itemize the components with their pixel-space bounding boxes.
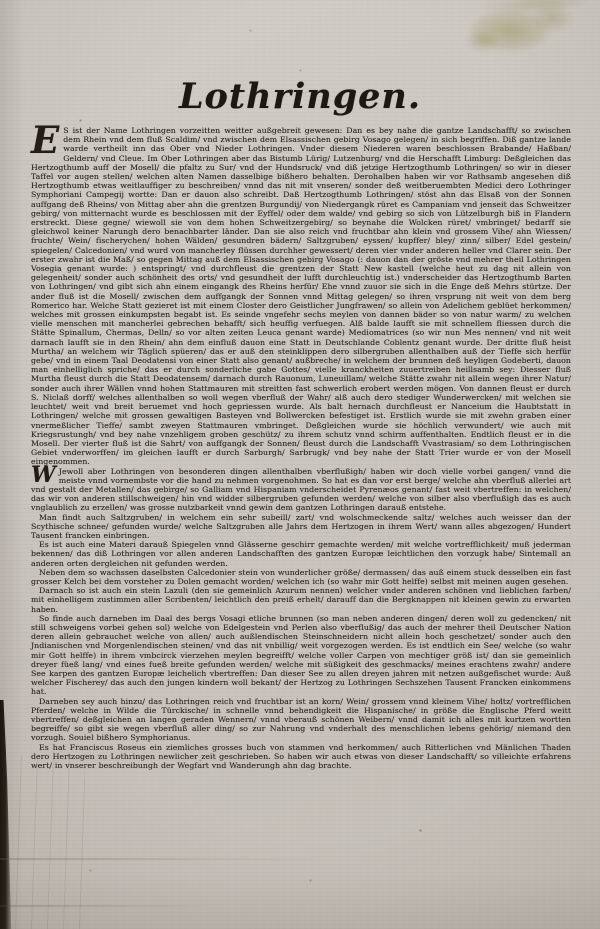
paragraph: Man findt auch Saltzgruben/ in welchem e… <box>31 513 571 541</box>
paragraph: ES ist der Name Lothringen vorzeitten we… <box>31 126 571 467</box>
stain-top-edge <box>505 0 600 18</box>
foxing-speckles <box>0 0 1 1</box>
paragraph-text: So finde auch darneben im Daal des bergs… <box>31 614 571 697</box>
paragraph-text: Neben dem so wachssen daselbsten Calcedo… <box>31 568 571 586</box>
paragraph: So finde auch darneben im Daal des bergs… <box>31 614 571 697</box>
paragraph: Neben dem so wachssen daselbsten Calcedo… <box>31 568 571 586</box>
book-edge-shadow <box>0 700 16 929</box>
paragraph: Es hat Franciscus Roseus ein ziemliches … <box>31 743 571 771</box>
paragraph: Darnach so ist auch ein stein Lazuli (de… <box>31 586 571 614</box>
paragraph-text: S ist der Name Lothringen vorzeitten wei… <box>31 126 571 466</box>
paragraph: Es ist auch eine Materi darauß Spiegelen… <box>31 540 571 568</box>
paragraph-text: Darnach so ist auch ein stein Lazuli (de… <box>31 586 571 613</box>
paragraph: Darneben sey auch hinzu/ das Lothringen … <box>31 697 571 743</box>
paragraph-text: Darneben sey auch hinzu/ das Lothringen … <box>31 697 571 743</box>
book-page-photo: Lothringen. ES ist der Name Lothringen v… <box>0 0 600 929</box>
horizontal-crease <box>0 905 220 907</box>
horizontal-crease <box>0 858 340 860</box>
page-edge-creases <box>5 755 85 929</box>
drop-cap-initial: W <box>31 467 56 484</box>
paragraph-text: Jewoll aber Lothringen von besonderen di… <box>31 467 571 513</box>
drop-cap-initial: E <box>31 127 59 154</box>
paragraph-text: Man findt auch Saltzgruben/ in welchem e… <box>31 513 571 540</box>
paragraph: WJewoll aber Lothringen von besonderen d… <box>31 467 571 513</box>
page-heading: Lothringen. <box>0 76 600 117</box>
paragraph-text: Es ist auch eine Materi darauß Spiegelen… <box>31 540 571 567</box>
paragraph-text: Es hat Franciscus Roseus ein ziemliches … <box>31 743 571 770</box>
body-text: ES ist der Name Lothringen vorzeitten we… <box>31 126 571 770</box>
